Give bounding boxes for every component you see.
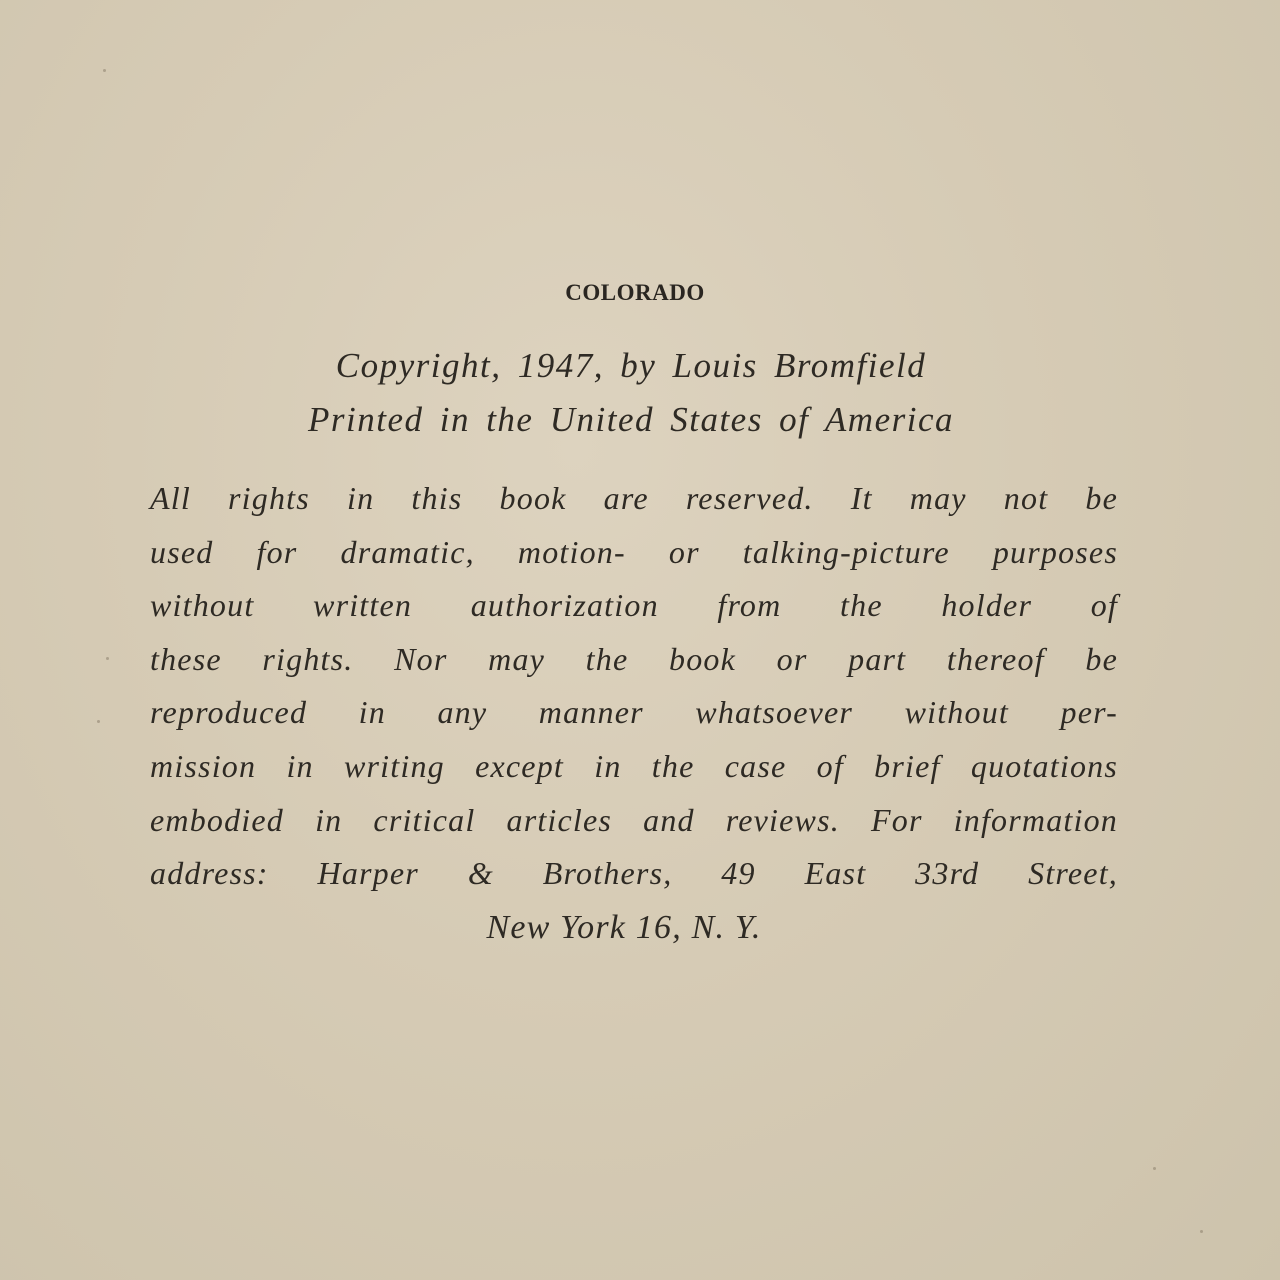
rights-notice-line: All rights in this book are reserved. It…: [150, 472, 1118, 526]
printed-in-line: Printed in the United States of America: [0, 400, 1262, 440]
rights-notice-line: these rights. Nor may the book or part t…: [150, 633, 1118, 687]
rights-notice-line: address: Harper & Brothers, 49 East 33rd…: [150, 847, 1118, 901]
paper-speck: [1200, 1230, 1203, 1233]
paper-speck: [1153, 1167, 1156, 1170]
rights-notice-line: reproduced in any manner whatsoever with…: [150, 686, 1118, 740]
rights-notice-line: used for dramatic, motion- or talking-pi…: [150, 526, 1118, 580]
rights-notice: All rights in this book are reserved. It…: [150, 472, 1118, 954]
copyright-page: COLORADO Copyright, 1947, by Louis Bromf…: [0, 0, 1280, 1280]
book-title: COLORADO: [0, 280, 1270, 306]
rights-notice-line: mission in writing except in the case of…: [150, 740, 1118, 794]
copyright-line: Copyright, 1947, by Louis Bromfield: [0, 346, 1262, 386]
paper-speck: [106, 657, 109, 660]
publisher-city-line: New York 16, N. Y.: [130, 901, 1118, 955]
paper-speck: [103, 69, 106, 72]
paper-speck: [97, 720, 100, 723]
rights-notice-line: embodied in critical articles and review…: [150, 794, 1118, 848]
rights-notice-line: without written authorization from the h…: [150, 579, 1118, 633]
